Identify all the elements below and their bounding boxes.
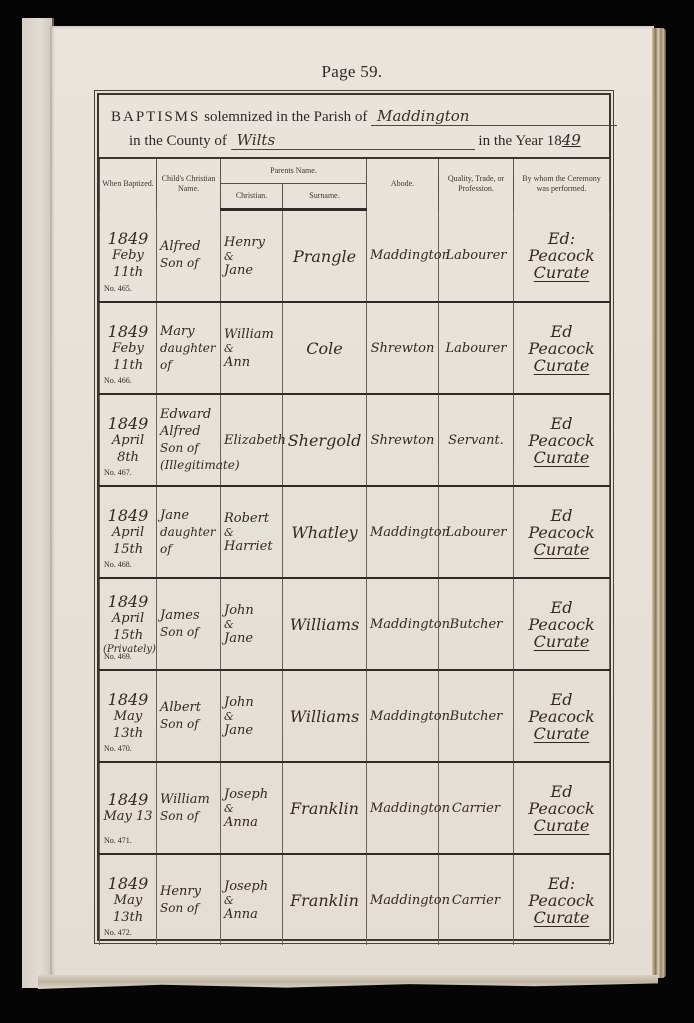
officiant-cell: Ed Peacock Curate	[514, 762, 610, 854]
col-child: Child's Christian Name.	[157, 158, 221, 210]
surname-cell: Franklin	[283, 854, 367, 945]
child-name-cell: Jane daughter of	[157, 486, 221, 578]
child-name-cell: Henry Son of	[157, 854, 221, 945]
abode-cell: Shrewton	[367, 302, 439, 394]
quality: Carrier	[442, 892, 510, 909]
quality: Butcher	[442, 708, 510, 725]
abode-cell: Maddington	[367, 210, 439, 303]
entry-date: Feby 11th	[103, 247, 153, 281]
surname-cell: Whatley	[283, 486, 367, 578]
county-label: in the County of	[129, 133, 227, 149]
surname-cell: Franklin	[283, 762, 367, 854]
child-name-cell: Edward Alfred Son of (Illegitimate)	[157, 394, 221, 486]
quality-cell: Labourer	[439, 210, 514, 303]
child-relation: Son of	[160, 255, 217, 272]
entry-year: 1849	[103, 791, 153, 808]
abode: Maddington	[370, 708, 435, 725]
surname: Williams	[286, 708, 363, 725]
officiant-name: Ed: Peacock	[517, 230, 606, 264]
mother-name: Harriet	[224, 538, 279, 555]
when-baptized-cell: 1849 Feby 11th No. 465.	[100, 210, 157, 303]
quality-cell: Servant.	[439, 394, 514, 486]
child-name: William	[160, 791, 217, 808]
child-name-cell: William Son of	[157, 762, 221, 854]
parents-christian-cell: Joseph & Anna	[221, 854, 283, 945]
child-name: James	[160, 607, 217, 624]
entry-number: No. 467.	[104, 464, 132, 481]
child-name: Alfred	[160, 238, 217, 255]
entry-year: 1849	[103, 875, 153, 892]
table-row: 1849 April 15th (Privately) No. 469. Jam…	[100, 578, 610, 670]
col-parents-surname: Surname.	[283, 184, 367, 210]
entry-year: 1849	[103, 593, 153, 610]
parents-christian-cell: William & Ann	[221, 302, 283, 394]
ampersand: &	[224, 251, 279, 262]
child-name: Jane	[160, 507, 217, 524]
abode: Maddington	[370, 616, 435, 633]
col-by-whom: By whom the Ceremony was performed.	[514, 158, 610, 210]
quality-cell: Carrier	[439, 762, 514, 854]
abode: Maddington	[370, 524, 435, 541]
father-name: John	[224, 694, 279, 711]
table-row: 1849 Feby 11th No. 465. Alfred Son of He…	[100, 210, 610, 303]
surname: Whatley	[286, 524, 363, 541]
table-row: 1849 April 15th No. 468. Jane daughter o…	[100, 486, 610, 578]
parents-christian-cell: John & Jane	[221, 578, 283, 670]
entry-number: No. 470.	[104, 740, 132, 757]
quality-cell: Labourer	[439, 486, 514, 578]
parish-name: Maddington	[371, 107, 617, 126]
entry-number: No. 465.	[104, 280, 132, 297]
child-relation: daughter of	[160, 524, 217, 558]
entry-number: No. 471.	[104, 832, 132, 849]
father-name: Joseph	[224, 878, 279, 895]
child-name: Edward Alfred	[160, 406, 217, 440]
abode-cell: Shrewton	[367, 394, 439, 486]
child-relation: Son of (Illegitimate)	[160, 440, 217, 474]
year-label: in the Year 18	[478, 133, 561, 149]
entry-date: April 8th	[103, 432, 153, 466]
mother-name: Jane	[224, 722, 279, 739]
table-row: 1849 May 13th No. 472. Henry Son of Jose…	[100, 854, 610, 945]
entry-date: Feby 11th	[103, 340, 153, 374]
surname-cell: Prangle	[283, 210, 367, 303]
quality: Labourer	[442, 340, 510, 357]
quality: Butcher	[442, 616, 510, 633]
officiant-name: Ed Peacock	[517, 415, 606, 449]
officiant-name: Ed Peacock	[517, 783, 606, 817]
table-row: 1849 May 13th No. 470. Albert Son of Joh…	[100, 670, 610, 762]
surname-cell: Cole	[283, 302, 367, 394]
officiant-title: Curate	[517, 909, 606, 926]
child-name: Henry	[160, 883, 217, 900]
officiant-cell: Ed Peacock Curate	[514, 302, 610, 394]
ampersand: &	[224, 527, 279, 538]
child-name-cell: Albert Son of	[157, 670, 221, 762]
abode: Shrewton	[370, 432, 435, 449]
entry-number: No. 466.	[104, 372, 132, 389]
when-baptized-cell: 1849 Feby 11th No. 466.	[100, 302, 157, 394]
officiant-title: Curate	[517, 725, 606, 742]
quality: Labourer	[442, 524, 510, 541]
officiant-cell: Ed Peacock Curate	[514, 486, 610, 578]
entry-number: No. 469.	[104, 648, 132, 665]
quality: Servant.	[442, 432, 510, 449]
quality: Labourer	[442, 247, 510, 264]
abode-cell: Maddington	[367, 762, 439, 854]
surname-cell: Williams	[283, 670, 367, 762]
register-heading: BAPTISMS solemnized in the Parish of Mad…	[99, 95, 609, 157]
parents-christian-cell: Henry & Jane	[221, 210, 283, 303]
col-parents: Parents Name.	[221, 158, 367, 184]
mother-name: Jane	[224, 262, 279, 279]
entry-date: April 15th	[103, 610, 153, 644]
father-name: Henry	[224, 234, 279, 251]
heading-caps: BAPTISMS	[111, 109, 200, 125]
right-page-edges	[652, 28, 666, 978]
child-name-cell: James Son of	[157, 578, 221, 670]
ampersand: &	[224, 619, 279, 630]
abode: Maddington	[370, 800, 435, 817]
entry-year: 1849	[103, 323, 153, 340]
officiant-name: Ed Peacock	[517, 507, 606, 541]
mother-name: Ann	[224, 354, 279, 371]
officiant-name: Ed Peacock	[517, 599, 606, 633]
surname: Prangle	[286, 248, 363, 265]
officiant-cell: Ed Peacock Curate	[514, 578, 610, 670]
abode-cell: Maddington	[367, 578, 439, 670]
entry-year: 1849	[103, 415, 153, 432]
col-when: When Baptized.	[100, 158, 157, 210]
entry-date: April 15th	[103, 524, 153, 558]
quality: Carrier	[442, 800, 510, 817]
parents-christian-cell: Joseph & Anna	[221, 762, 283, 854]
baptism-register-table: BAPTISMS solemnized in the Parish of Mad…	[97, 93, 611, 941]
quality-cell: Butcher	[439, 578, 514, 670]
child-relation: daughter of	[160, 340, 217, 374]
father-name: John	[224, 602, 279, 619]
surname-cell: Williams	[283, 578, 367, 670]
officiant-title: Curate	[517, 633, 606, 650]
ampersand: &	[224, 711, 279, 722]
officiant-name: Ed Peacock	[517, 691, 606, 725]
father-name: Joseph	[224, 786, 279, 803]
surname-cell: Shergold	[283, 394, 367, 486]
entries-table: When Baptized. Child's Christian Name. P…	[99, 157, 610, 945]
child-name: Mary	[160, 323, 217, 340]
surname: Shergold	[286, 432, 363, 449]
officiant-cell: Ed Peacock Curate	[514, 394, 610, 486]
officiant-title: Curate	[517, 264, 606, 281]
table-row: 1849 May 13 No. 471. William Son of Jose…	[100, 762, 610, 854]
surname: Franklin	[286, 892, 363, 909]
when-baptized-cell: 1849 April 15th No. 468.	[100, 486, 157, 578]
entry-number: No. 472.	[104, 924, 132, 941]
officiant-name: Ed: Peacock	[517, 875, 606, 909]
when-baptized-cell: 1849 May 13th No. 470.	[100, 670, 157, 762]
heading-text: solemnized in the Parish of	[204, 109, 367, 125]
when-baptized-cell: 1849 April 15th (Privately) No. 469.	[100, 578, 157, 670]
ampersand: &	[224, 343, 279, 354]
entry-date: May 13	[103, 808, 153, 825]
table-row: 1849 Feby 11th No. 466. Mary daughter of…	[100, 302, 610, 394]
abode: Shrewton	[370, 340, 435, 357]
mother-name: Jane	[224, 630, 279, 647]
child-name-cell: Alfred Son of	[157, 210, 221, 303]
officiant-title: Curate	[517, 449, 606, 466]
child-name-cell: Mary daughter of	[157, 302, 221, 394]
officiant-title: Curate	[517, 541, 606, 558]
abode-cell: Maddington	[367, 486, 439, 578]
col-quality: Quality, Trade, or Profession.	[439, 158, 514, 210]
ampersand: &	[224, 803, 279, 814]
abode-cell: Maddington	[367, 670, 439, 762]
when-baptized-cell: 1849 April 8th No. 467.	[100, 394, 157, 486]
abode: Maddington	[370, 247, 435, 264]
entry-date: May 13th	[103, 892, 153, 926]
entry-date: May 13th	[103, 708, 153, 742]
surname: Franklin	[286, 800, 363, 817]
col-parents-christian: Christian.	[221, 184, 283, 210]
quality-cell: Carrier	[439, 854, 514, 945]
entry-year: 1849	[103, 691, 153, 708]
father-name: Robert	[224, 510, 279, 527]
child-relation: Son of	[160, 808, 217, 825]
quality-cell: Labourer	[439, 302, 514, 394]
parents-christian-cell: John & Jane	[221, 670, 283, 762]
bottom-page-edge	[38, 975, 658, 989]
officiant-cell: Ed Peacock Curate	[514, 670, 610, 762]
surname: Williams	[286, 616, 363, 633]
child-relation: Son of	[160, 900, 217, 917]
year-suffix: 49	[562, 131, 581, 149]
abode-cell: Maddington	[367, 854, 439, 945]
entry-year: 1849	[103, 507, 153, 524]
officiant-cell: Ed: Peacock Curate	[514, 210, 610, 303]
quality-cell: Butcher	[439, 670, 514, 762]
ampersand: &	[224, 895, 279, 906]
child-relation: Son of	[160, 624, 217, 641]
officiant-name: Ed Peacock	[517, 323, 606, 357]
mother-name: Anna	[224, 906, 279, 923]
child-name: Albert	[160, 699, 217, 716]
surname: Cole	[286, 340, 363, 357]
register-page: Page 59. BAPTISMS solemnized in the Pari…	[50, 26, 654, 981]
mother-name: Elizabeth	[224, 432, 279, 449]
child-relation: Son of	[160, 716, 217, 733]
officiant-title: Curate	[517, 357, 606, 374]
entry-number: No. 468.	[104, 556, 132, 573]
abode: Maddington	[370, 892, 435, 909]
table-row: 1849 April 8th No. 467. Edward Alfred So…	[100, 394, 610, 486]
father-name: William	[224, 326, 279, 343]
entry-year: 1849	[103, 230, 153, 247]
page-number: Page 59.	[50, 62, 654, 82]
officiant-cell: Ed: Peacock Curate	[514, 854, 610, 945]
officiant-title: Curate	[517, 817, 606, 834]
parents-christian-cell: Elizabeth	[221, 394, 283, 486]
when-baptized-cell: 1849 May 13 No. 471.	[100, 762, 157, 854]
col-abode: Abode.	[367, 158, 439, 210]
when-baptized-cell: 1849 May 13th No. 472.	[100, 854, 157, 945]
mother-name: Anna	[224, 814, 279, 831]
county-name: Wilts	[231, 131, 475, 150]
parents-christian-cell: Robert & Harriet	[221, 486, 283, 578]
